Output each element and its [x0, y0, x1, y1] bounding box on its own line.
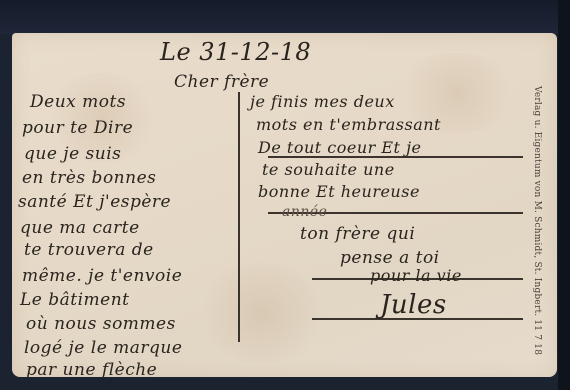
message-line: bonne Et heureuse — [258, 182, 420, 201]
message-line: logé je le marque — [24, 338, 182, 358]
message-line: pense a toi — [340, 248, 440, 268]
message-line: que ma carte — [20, 218, 140, 238]
message-line: par une flèche — [26, 360, 157, 380]
salutation: Cher frère — [174, 72, 269, 92]
message-line: que je suis — [24, 144, 121, 164]
message-line: santé Et j'espère — [18, 192, 171, 212]
message-line: où nous sommes — [26, 314, 176, 334]
dark-background-right — [558, 0, 570, 390]
date-line: Le 31-12-18 — [160, 38, 311, 66]
message-line: je finis mes deux — [250, 92, 395, 111]
message-line: te trouvera de — [24, 240, 154, 260]
message-line: pour te Dire — [22, 118, 133, 138]
message-line: année — [282, 204, 327, 220]
message-line: ton frère qui — [300, 224, 415, 244]
message-line: De tout coeur Et je — [258, 138, 422, 157]
message-line: même. je t'envoie — [22, 266, 182, 286]
vertical-divider — [238, 92, 240, 342]
message-line: en très bonnes — [22, 168, 156, 188]
message-line: te souhaite une — [262, 160, 395, 179]
publisher-imprint: Verlag u. Eigentum von M. Schmidt, St. I… — [532, 86, 542, 340]
dark-background-top — [0, 0, 570, 34]
paper-stain — [192, 263, 332, 363]
message-line: mots en t'embrassant — [256, 115, 441, 134]
message-line: Le bâtiment — [20, 290, 130, 310]
message-line: Deux mots — [30, 92, 126, 112]
signature: Jules — [380, 290, 447, 320]
message-line: pour la vie — [370, 266, 462, 285]
